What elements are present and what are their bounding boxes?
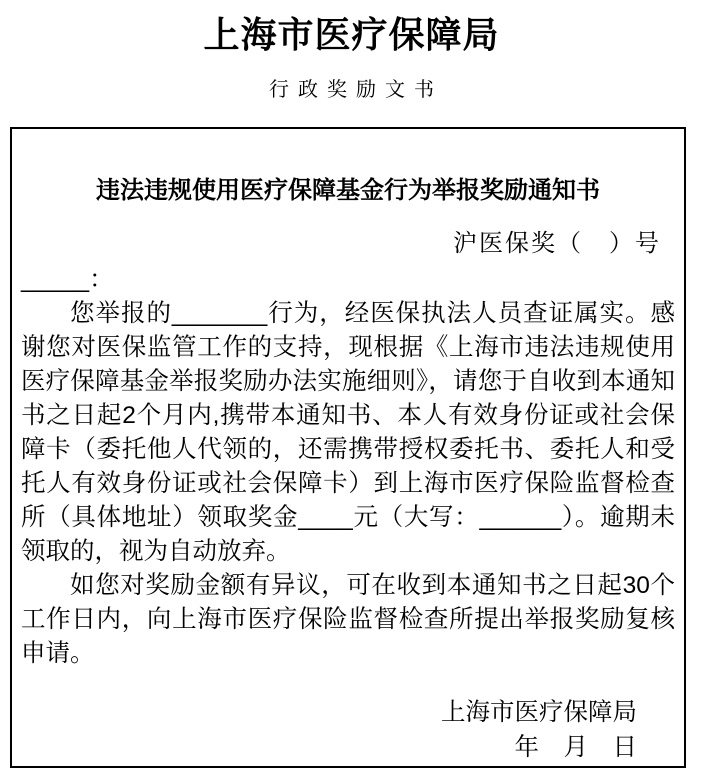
doc-type-subtitle: 行政奖励文书 [0, 78, 703, 102]
body-paragraph-1: 您举报的_______行为，经医保执法人员查证属实。感谢您对医保监管工作的支持，… [21, 297, 675, 569]
notice-title: 违法违规使用医疗保障基金行为举报奖励通知书 [21, 175, 675, 207]
org-title: 上海市医疗保障局 [0, 0, 703, 56]
notice-body: 您举报的_______行为，经医保执法人员查证属实。感谢您对医保监管工作的支持，… [21, 297, 675, 671]
salutation-line: _____： [21, 263, 675, 297]
signature-org: 上海市医疗保障局 [21, 695, 637, 730]
signature-block: 上海市医疗保障局 年 月 日 [21, 695, 675, 765]
notice-box: 违法违规使用医疗保障基金行为举报奖励通知书 沪医保奖（ ）号 _____： 您举… [10, 127, 686, 768]
signature-date: 年 月 日 [21, 730, 637, 765]
body-paragraph-2: 如您对奖励金额有异议，可在收到本通知书之日起30个工作日内，向上海市医疗保险监督… [21, 569, 675, 671]
document-page: 上海市医疗保障局 行政奖励文书 违法违规使用医疗保障基金行为举报奖励通知书 沪医… [0, 0, 703, 780]
doc-number: 沪医保奖（ ）号 [21, 227, 675, 261]
